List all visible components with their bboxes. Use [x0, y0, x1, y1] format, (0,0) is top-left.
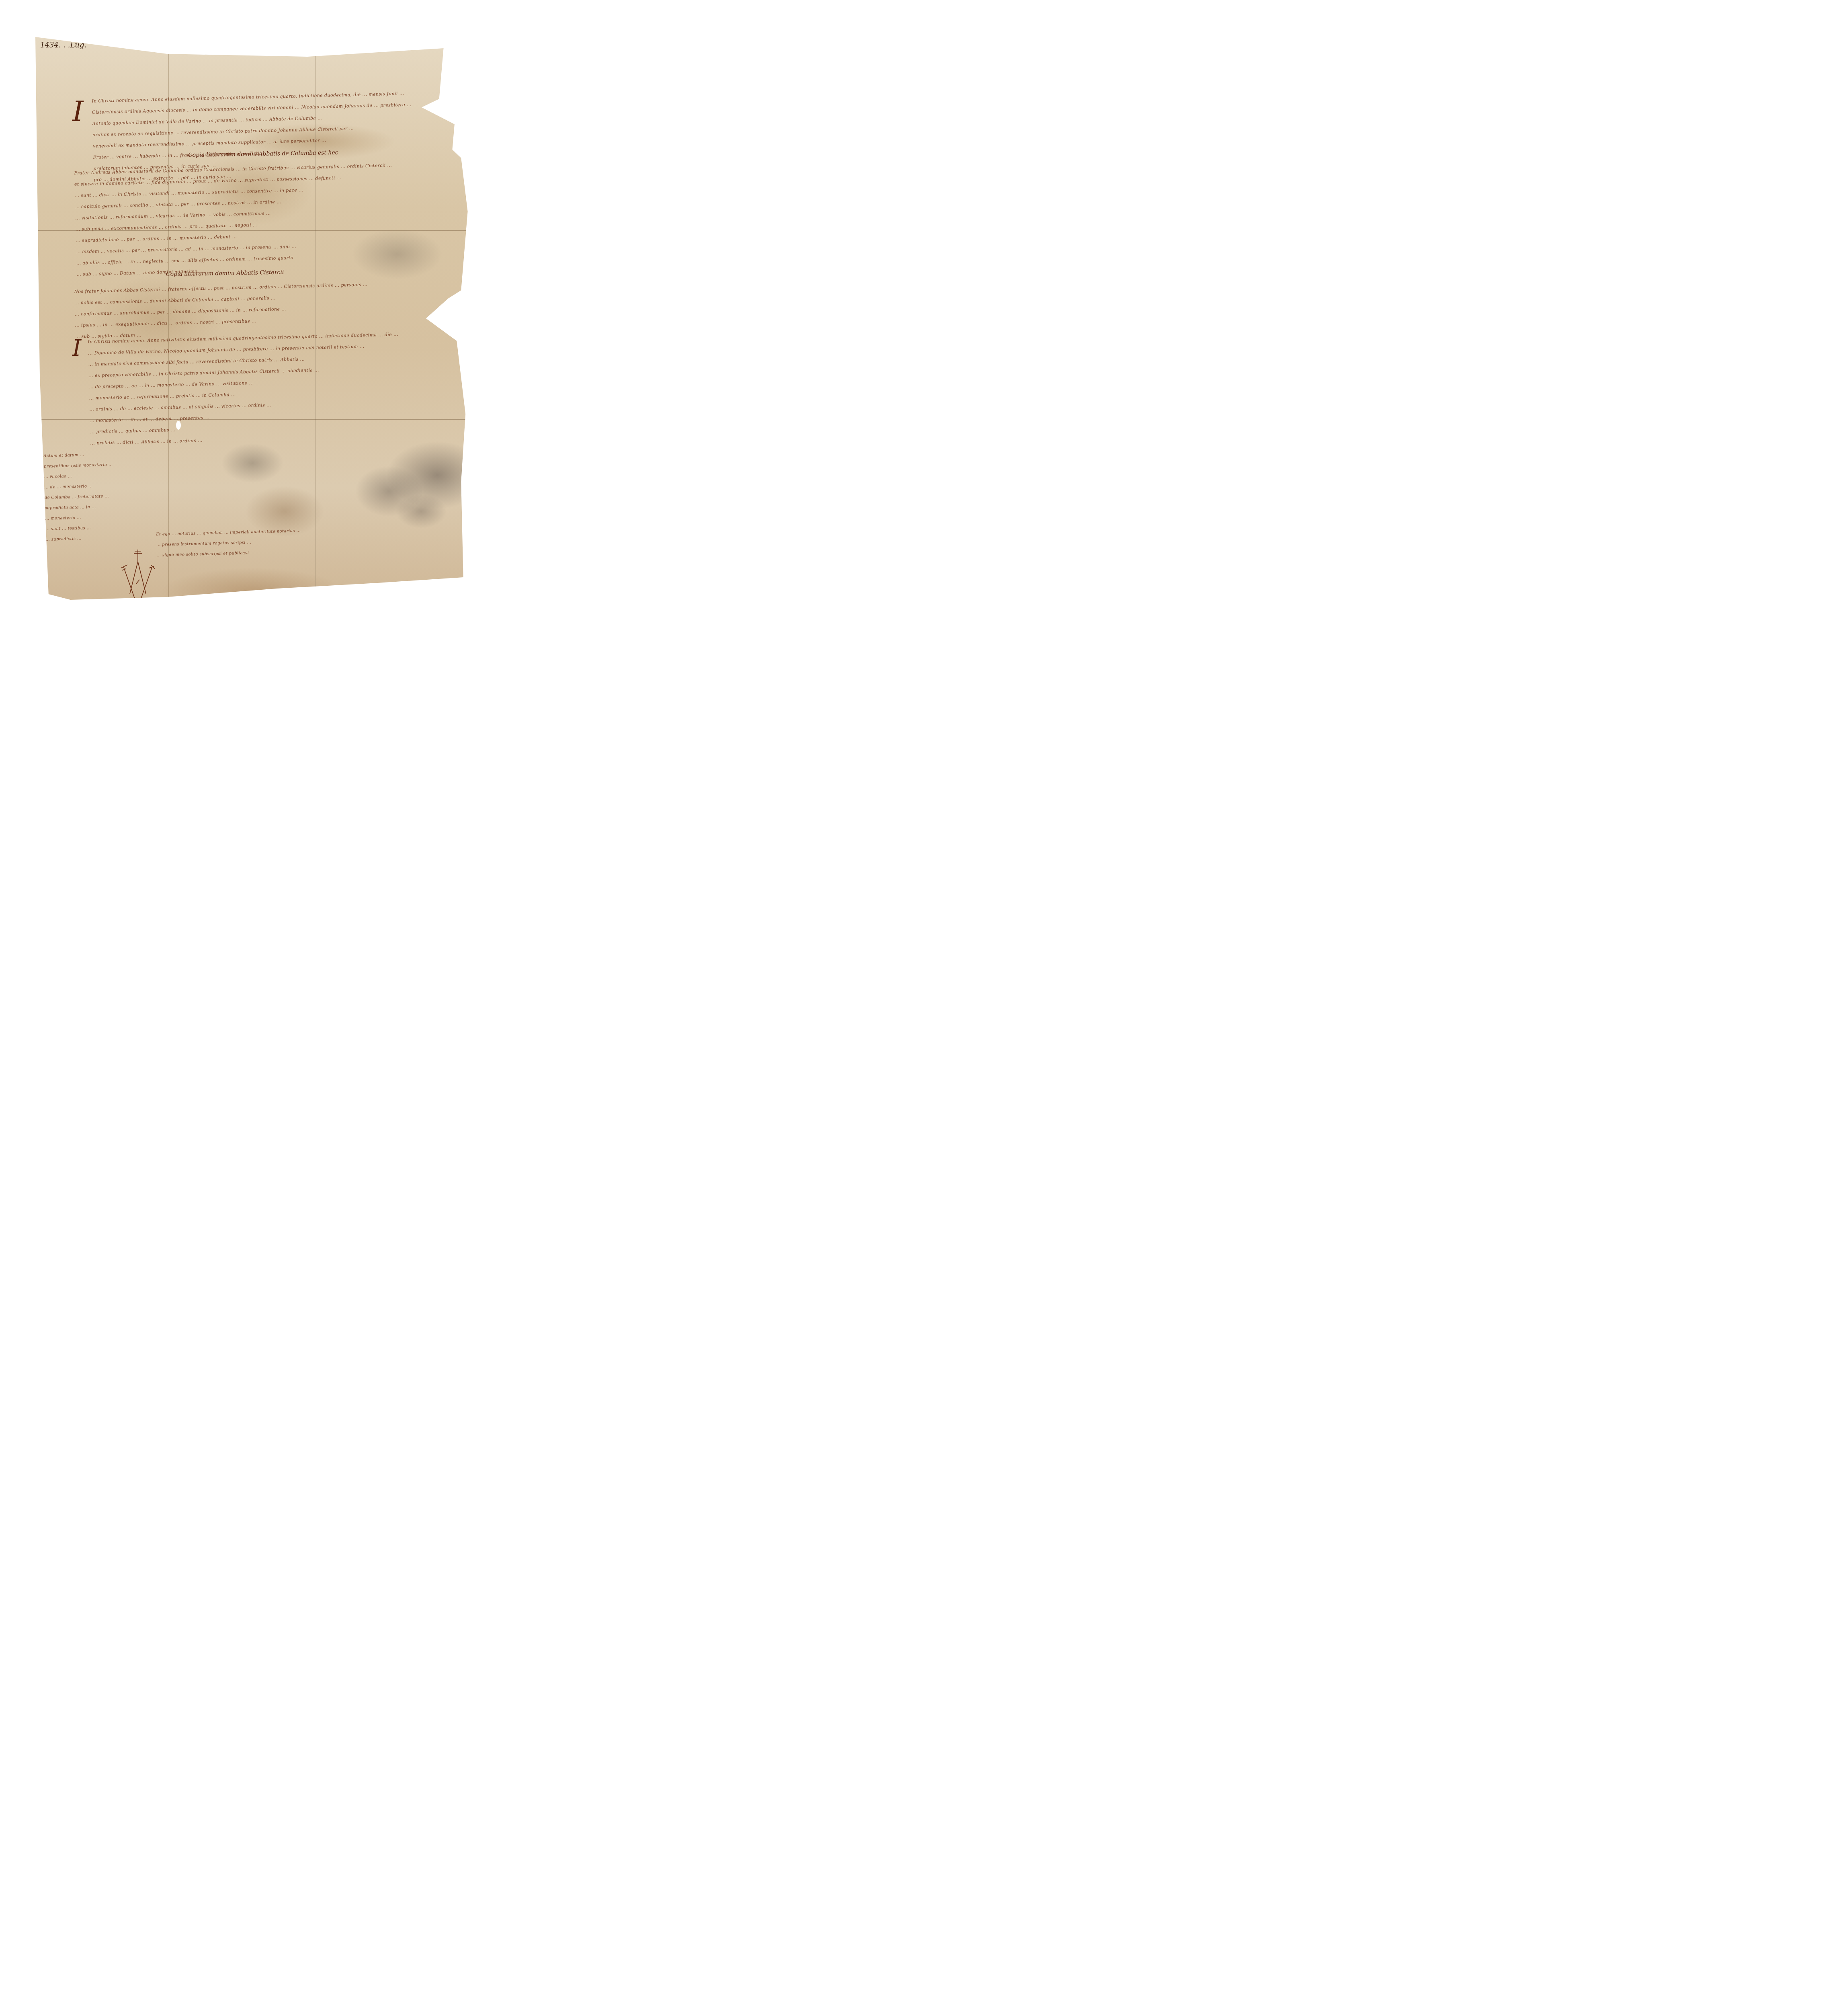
notarial-signum-icon	[114, 546, 162, 628]
left-column-text: Actum et datum ... presentibus ipsis mon…	[43, 449, 134, 545]
parchment-sheet: 1434. . .Lug. I In Christi nomine amen. …	[35, 37, 474, 600]
copy-columba-text: Frater Andreas Abbas monasterii de Colum…	[74, 158, 459, 280]
decorated-initial: I	[72, 334, 81, 363]
notarial-subscription-text: Et ego ... notarius ... quondam ... impe…	[156, 524, 382, 561]
archival-date-note: 1434. . .Lug.	[40, 41, 86, 49]
text-line: ... supradictis ...	[45, 533, 134, 545]
instrument-body-text: In Christi nomine amen. Anno nativitatis…	[88, 328, 460, 449]
parchment-hole	[176, 421, 181, 430]
decorated-initial: I	[72, 97, 84, 125]
